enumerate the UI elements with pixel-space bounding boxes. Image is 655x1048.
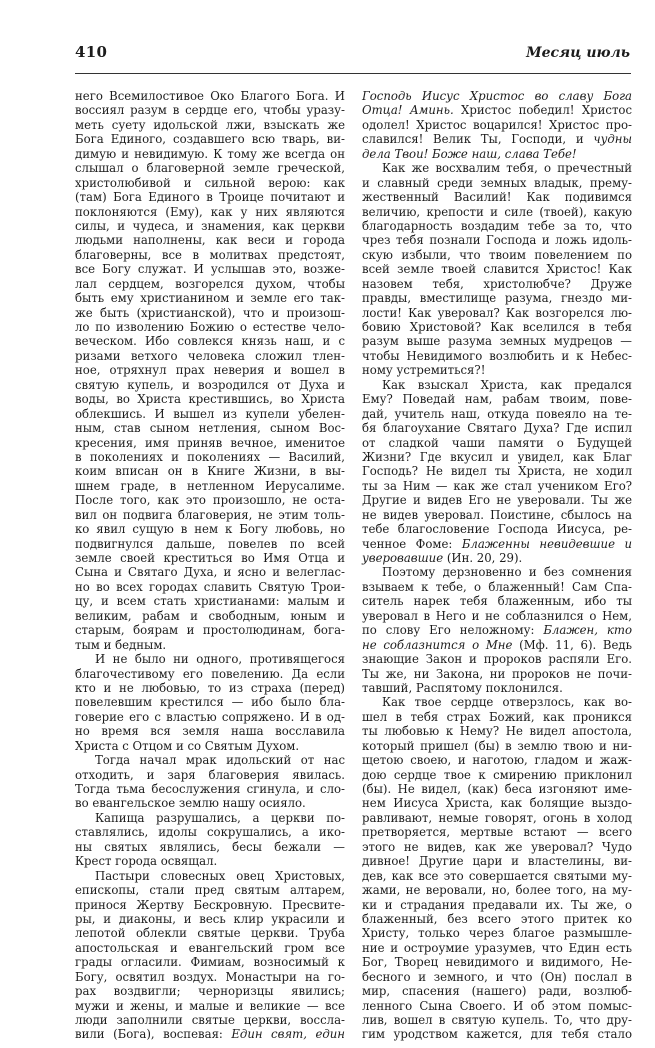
text-line: дела Твои! Боже наш, слава Тебе! bbox=[362, 147, 632, 161]
text-run: благоверны, все в молитвах предстоят, bbox=[75, 248, 345, 262]
text-line: быть ему христианином и земле его так- bbox=[75, 291, 345, 305]
text-line: славился! Велик Ты, Господи, и чудны bbox=[362, 132, 632, 146]
text-line: Как же восхвалим тебя, о пречестный bbox=[362, 161, 632, 175]
text-run: все Богу служат. И услышав это, возже- bbox=[75, 262, 345, 276]
text-line: лив, вошел в святую купель. То, что дру- bbox=[362, 1013, 632, 1027]
italic-quote: Блаженны невидевшие и bbox=[462, 537, 632, 551]
text-run: кто и не любовью, то из страха (перед) bbox=[75, 681, 345, 695]
text-run: великим, рабам и свободным, юным и bbox=[75, 609, 345, 623]
text-line: Поэтому дерзновенно и без сомнения bbox=[362, 565, 632, 579]
page-header: 410 Месяц июль bbox=[0, 0, 655, 90]
text-run: ситель нарек тебя блаженным, ибо ты bbox=[362, 594, 632, 608]
text-line: цу, и всем стать христианами: малым и bbox=[75, 594, 345, 608]
text-run: После того, как это произошло, не оста- bbox=[75, 493, 345, 507]
text-line: благочестивому его повелению. Да если bbox=[75, 667, 345, 681]
text-line: великим, рабам и свободным, юным и bbox=[75, 609, 345, 623]
text-run: говерие его с властью сопряжено. И в од- bbox=[75, 710, 345, 724]
text-line: не соблазнится о Мне (Мф. 11, 6). Ведь bbox=[362, 638, 632, 652]
text-run: принося Жертву Бескровную. Пресвите- bbox=[75, 898, 345, 912]
text-line: ризами ветхого человека сложил тлен- bbox=[75, 349, 345, 363]
text-run: уверовал в Него и не соблазнился о Нем, bbox=[362, 609, 632, 623]
text-run: нем Иисуса Христа, как болящие выздо- bbox=[362, 796, 632, 810]
text-line: Сына и Святаго Духа, и ясно и велеглас- bbox=[75, 565, 345, 579]
text-run: ты любовью к Нему? Не видел апостола, bbox=[362, 724, 632, 738]
text-line: ты любовью к Нему? Не видел апостола, bbox=[362, 724, 632, 738]
text-run: жественный Василий! Как подивимся bbox=[362, 190, 632, 204]
text-line: епископы, стали пред святым алтарем, bbox=[75, 883, 345, 897]
text-line: ны святых являлись, бесы бежали — bbox=[75, 840, 345, 854]
text-line: но время вся земля наша восславила bbox=[75, 724, 345, 738]
text-line: принося Жертву Бескровную. Пресвите- bbox=[75, 898, 345, 912]
text-line: лости! Как уверовал? Как возгорелся лю- bbox=[362, 306, 632, 320]
italic-quote: Отца! Аминь. bbox=[362, 103, 454, 117]
italic-quote: Един свят, един bbox=[231, 1027, 345, 1041]
text-line: говерие его с властью сопряжено. И в од- bbox=[75, 710, 345, 724]
text-line: мужи и жены, и малые и великие — все bbox=[75, 999, 345, 1013]
text-run: Другие и видев Его не уверовали. Ты же bbox=[362, 493, 632, 507]
text-run: жами, не веровали, но, более того, на му… bbox=[362, 883, 632, 897]
text-run: людьми наполнены, как веси и города bbox=[75, 233, 345, 247]
text-run: ние и остроумие уразумев, что Един есть bbox=[362, 941, 632, 955]
text-line: воссиял разум в сердце его, чтобы уразу- bbox=[75, 103, 345, 117]
text-line: Бога Единого, создавшего всю тварь, ви- bbox=[75, 132, 345, 146]
text-line: поклоняются (Ему), как у них являются bbox=[75, 205, 345, 219]
text-run: (там) Бога Единого в Троице почитают и bbox=[75, 190, 345, 204]
text-line: Как взыскал Христа, как предался bbox=[362, 378, 632, 392]
text-line: (бы). Не видел, (как) беса изгоняют име- bbox=[362, 782, 632, 796]
text-run: тебе благословение Господа Иисуса, ре- bbox=[362, 522, 632, 536]
text-run: шел в тебя страх Божий, как проникся bbox=[362, 710, 632, 724]
text-line: шнем граде, в нетленном Иерусалиме. bbox=[75, 479, 345, 493]
text-run: Крест города освящал. bbox=[75, 854, 217, 868]
text-run: ризами ветхого человека сложил тлен- bbox=[75, 349, 345, 363]
text-line: чтобы Невидимого возлюбить и к Небес- bbox=[362, 349, 632, 363]
text-run: этого не видев, как же уверовал? Чудо bbox=[362, 840, 632, 854]
text-run: дивное! Другие цари и властелины, ви- bbox=[362, 854, 632, 868]
text-run: мужи и жены, и малые и великие — все bbox=[75, 999, 345, 1013]
text-run: ки и страдания предавали их. Ты же, о bbox=[362, 898, 632, 912]
text-run: ному устремиться?! bbox=[362, 363, 485, 377]
text-run: Бог, Творец невидимого и видимого, Не- bbox=[362, 955, 632, 969]
text-line: ное, отряхнул прах неверия и вошел в bbox=[75, 363, 345, 377]
text-line: претворяется, мертвые встают — всего bbox=[362, 825, 632, 839]
text-line: ки и страдания предавали их. Ты же, о bbox=[362, 898, 632, 912]
text-run: же быть (христианской), что и произош- bbox=[75, 306, 345, 320]
text-run: подвигнулся дальше, повелев по всей bbox=[75, 537, 345, 551]
text-line: который пришел (бы) в землю твою и ни- bbox=[362, 739, 632, 753]
text-run: слышал о благоверной земле греческой, bbox=[75, 161, 345, 175]
text-line: дев, как все это совершается святыми му- bbox=[362, 869, 632, 883]
text-line: от сладкой чаши памяти о Будущей bbox=[362, 436, 632, 450]
text-run: Поэтому дерзновенно и без сомнения bbox=[382, 565, 632, 579]
text-line: силы, и чудеса, и знамения, как церкви bbox=[75, 219, 345, 233]
text-line: лепотой облекли святые церкви. Труба bbox=[75, 926, 345, 940]
text-run: ное, отряхнул прах неверия и вошел в bbox=[75, 363, 345, 377]
text-line: Христу, только через благое размышле- bbox=[362, 926, 632, 940]
text-run: поклоняются (Ему), как у них являются bbox=[75, 205, 345, 219]
text-run: чтобы Невидимого возлюбить и к Небес- bbox=[362, 349, 632, 363]
text-line: благоверны, все в молитвах предстоят, bbox=[75, 248, 345, 262]
text-run: Как же восхвалим тебя, о пречестный bbox=[382, 161, 632, 175]
text-line: земле своей креститься во Имя Отца и bbox=[75, 551, 345, 565]
text-line: гим уродством кажется, для тебя стало bbox=[362, 1027, 632, 1041]
text-line: но во всех городах славить Святую Трои- bbox=[75, 580, 345, 594]
text-line: ченное Фоме: Блаженны невидевшие и bbox=[362, 537, 632, 551]
text-run: грады огласили. Фимиам, возносимый к bbox=[75, 955, 345, 969]
text-line: веческом. Ибо совлекся князь наш, и с bbox=[75, 334, 345, 348]
text-run: дев, как все это совершается святыми му- bbox=[362, 869, 632, 883]
text-run: шнем граде, в нетленном Иерусалиме. bbox=[75, 479, 345, 493]
text-line: людьми наполнены, как веси и города bbox=[75, 233, 345, 247]
text-run: бовию Христовой? Как вселился в тебя bbox=[362, 320, 632, 334]
text-line: коим вписан он в Книге Жизни, в вы- bbox=[75, 464, 345, 478]
text-run: вил он подвига благоверия, не этим толь- bbox=[75, 508, 345, 522]
text-line: ние и остроумие уразумев, что Един есть bbox=[362, 941, 632, 955]
text-run: цу, и всем стать христианами: малым и bbox=[75, 594, 345, 608]
text-line: бесного и земного, и что (Он) послал в bbox=[362, 970, 632, 984]
running-title: Месяц июль bbox=[526, 45, 630, 61]
text-line: меть суету идольской лжи, взыскать же bbox=[75, 118, 345, 132]
text-line: Пастыри словесных овец Христовых, bbox=[75, 869, 345, 883]
text-run: и славный среди земных владык, прему- bbox=[362, 176, 632, 190]
text-run: меть суету идольской лжи, взыскать же bbox=[75, 118, 345, 132]
text-run: благочестивому его повелению. Да если bbox=[75, 667, 345, 681]
text-run: благодарность воздадим тебе за то, что bbox=[362, 219, 632, 233]
text-run: в поколениях и поколениях — Василий, bbox=[75, 450, 345, 464]
text-run: правды, вместилище разума, гнездо ми- bbox=[362, 291, 632, 305]
text-line: бовию Христовой? Как вселился в тебя bbox=[362, 320, 632, 334]
header-rule bbox=[75, 73, 631, 74]
text-run: во евангельское землю нашу осияло. bbox=[75, 796, 306, 810]
text-run: но время вся земля наша восславила bbox=[75, 724, 345, 738]
text-run: скую избыли, что твоим повелением по bbox=[362, 248, 632, 262]
text-line: Тогда тьма бесослужения сгинула, и сло- bbox=[75, 782, 345, 796]
text-run: блаженный, без всего этого притек ко bbox=[362, 912, 632, 926]
italic-quote: Господь Иисус Христос во славу Бога bbox=[362, 89, 632, 103]
text-run: повелевшим крестился — ибо было бла- bbox=[75, 695, 345, 709]
text-run: от сладкой чаши памяти о Будущей bbox=[362, 436, 632, 450]
text-run: (Ин. 20, 29). bbox=[443, 551, 522, 565]
text-run: Пастыри словесных овец Христовых, bbox=[95, 869, 345, 883]
text-line: христолюбивой и сильной верою: как bbox=[75, 176, 345, 190]
text-line: слышал о благоверной земле греческой, bbox=[75, 161, 345, 175]
text-line: подвигнулся дальше, повелев по всей bbox=[75, 537, 345, 551]
text-line: знающие Закон и пророков распяли Его. bbox=[362, 652, 632, 666]
text-line: Жизни? Где вкусил и увидел, как Благ bbox=[362, 450, 632, 464]
text-line: И не было ни одного, противящегося bbox=[75, 652, 345, 666]
text-run: Богу, освятил воздух. Монастыри на го- bbox=[75, 970, 345, 984]
text-line: воды, во Христа крестившись, во Христа bbox=[75, 392, 345, 406]
text-run: лив, вошел в святую купель. То, что дру- bbox=[362, 1013, 632, 1027]
text-line: него Всемилостивое Око Благого Бога. И bbox=[75, 89, 345, 103]
text-line: ко явил сущую в нем к Богу любовь, но bbox=[75, 522, 345, 536]
text-line: во евангельское землю нашу осияло. bbox=[75, 796, 345, 810]
text-line: кто и не любовью, то из страха (перед) bbox=[75, 681, 345, 695]
text-run: лал сердцем, возгорелся духом, чтобы bbox=[75, 277, 345, 291]
text-line: правды, вместилище разума, гнездо ми- bbox=[362, 291, 632, 305]
text-run: него Всемилостивое Око Благого Бога. И bbox=[75, 89, 345, 103]
text-run: силы, и чудеса, и знамения, как церкви bbox=[75, 219, 345, 233]
text-line: ры, и диаконы, и весь клир украсили и bbox=[75, 912, 345, 926]
text-line: грады огласили. Фимиам, возносимый к bbox=[75, 955, 345, 969]
text-line: в поколениях и поколениях — Василий, bbox=[75, 450, 345, 464]
text-run: Как твое сердце отверзлось, как во- bbox=[382, 695, 632, 709]
text-line: ты за Ним — как же стал учеником Его? bbox=[362, 479, 632, 493]
text-run: тавший, Распятому поклонился. bbox=[362, 681, 563, 695]
text-run: ло по изволению Божию о естестве чело- bbox=[75, 320, 345, 334]
text-line: мир, спасения (нашего) ради, возлюб- bbox=[362, 984, 632, 998]
text-run: лепотой облекли святые церкви. Труба bbox=[75, 926, 345, 940]
text-run: Христос победил! Христос bbox=[454, 103, 632, 117]
text-line: Тогда начал мрак идольский от нас bbox=[75, 753, 345, 767]
text-run: равливают, немые говорят, огонь в холод bbox=[362, 811, 632, 825]
text-line: ленного Сына Своего. И об этом помыс- bbox=[362, 999, 632, 1013]
text-line: по слову Его неложному: Блажен, кто bbox=[362, 623, 632, 637]
italic-quote: Блажен, кто bbox=[543, 623, 632, 637]
text-line: Ты же, ни Закона, ни пророков не почи- bbox=[362, 667, 632, 681]
text-run: (бы). Не видел, (как) беса изгоняют име- bbox=[362, 782, 632, 796]
text-line: ситель нарек тебя блаженным, ибо ты bbox=[362, 594, 632, 608]
text-line: Капища разрушались, а церкви по- bbox=[75, 811, 345, 825]
text-run: Жизни? Где вкусил и увидел, как Благ bbox=[362, 450, 632, 464]
text-run: Тогда начал мрак идольский от нас bbox=[95, 753, 345, 767]
text-line: дою сердце твое к смирению приклонил bbox=[362, 768, 632, 782]
text-line: старым, боярам и простолюдинам, бога- bbox=[75, 623, 345, 637]
text-run: одолел! Христос воцарился! Христос про- bbox=[362, 118, 632, 132]
text-line: тым и бедным. bbox=[75, 638, 345, 652]
text-run: веческом. Ибо совлекся князь наш, и с bbox=[75, 334, 345, 348]
text-line: все Богу служат. И услышав это, возже- bbox=[75, 262, 345, 276]
text-line: благодарность воздадим тебе за то, что bbox=[362, 219, 632, 233]
text-line: лал сердцем, возгорелся духом, чтобы bbox=[75, 277, 345, 291]
text-run: Тогда тьма бесослужения сгинула, и сло- bbox=[75, 782, 345, 796]
text-run: дою сердце твое к смирению приклонил bbox=[362, 768, 632, 782]
text-run: воды, во Христа крестившись, во Христа bbox=[75, 392, 345, 406]
text-line: тебе благословение Господа Иисуса, ре- bbox=[362, 522, 632, 536]
text-run: старым, боярам и простолюдинам, бога- bbox=[75, 623, 345, 637]
text-run: кресения, имя приняв вечное, именитое bbox=[75, 436, 345, 450]
text-run: Господь? Не видел ты Христа, не ходил bbox=[362, 464, 632, 478]
text-line: Другие и видев Его не уверовали. Ты же bbox=[362, 493, 632, 507]
text-line: чрез тебя познали Господа и ложь идоль- bbox=[362, 233, 632, 247]
text-run: чрез тебя познали Господа и ложь идоль- bbox=[362, 233, 632, 247]
text-run: димую и невидимую. К тому же всегда он bbox=[75, 147, 345, 161]
text-line: одолел! Христос воцарился! Христос про- bbox=[362, 118, 632, 132]
text-run: но во всех городах славить Святую Трои- bbox=[75, 580, 345, 594]
text-line: ным, став сыном нетления, сыном Вос- bbox=[75, 421, 345, 435]
text-run: коим вписан он в Книге Жизни, в вы- bbox=[75, 464, 345, 478]
text-line: щетою своею, и наготою, гладом и жаж- bbox=[362, 753, 632, 767]
text-run: ры, и диаконы, и весь клир украсили и bbox=[75, 912, 345, 926]
text-run: по слову Его неложному: bbox=[362, 623, 543, 637]
text-run: рах воздвигли; черноризцы явились; bbox=[75, 984, 345, 998]
text-run: отходить, и заря благоверия явилась. bbox=[75, 768, 345, 782]
text-run: ным, став сыном нетления, сыном Вос- bbox=[75, 421, 345, 435]
text-line: повелевшим крестился — ибо было бла- bbox=[75, 695, 345, 709]
text-line: После того, как это произошло, не оста- bbox=[75, 493, 345, 507]
text-line: нем Иисуса Христа, как болящие выздо- bbox=[362, 796, 632, 810]
text-line: Богу, освятил воздух. Монастыри на го- bbox=[75, 970, 345, 984]
text-run: знающие Закон и пророков распяли Его. bbox=[362, 652, 632, 666]
text-line: рах воздвигли; черноризцы явились; bbox=[75, 984, 345, 998]
text-run: И не было ни одного, противящегося bbox=[95, 652, 345, 666]
text-line: вил он подвига благоверия, не этим толь- bbox=[75, 508, 345, 522]
text-line: Бог, Творец невидимого и видимого, Не- bbox=[362, 955, 632, 969]
text-line: величию, крепости и силе (твоей), какую bbox=[362, 205, 632, 219]
text-run: разум выше разума земных мудрецов — bbox=[362, 334, 632, 348]
text-run: ченное Фоме: bbox=[362, 537, 462, 551]
text-run: ны святых являлись, бесы бежали — bbox=[75, 840, 345, 854]
text-line: вили (Бога), воспевая: Един свят, един bbox=[75, 1027, 345, 1041]
text-run: вили (Бога), воспевая: bbox=[75, 1027, 231, 1041]
text-line: тавший, Распятому поклонился. bbox=[362, 681, 632, 695]
text-run: Ему? Поведай нам, рабам твоим, пове- bbox=[362, 392, 632, 406]
text-run: люди заполнили святые церкви, восcла- bbox=[75, 1013, 345, 1027]
text-run: Как взыскал Христа, как предался bbox=[382, 378, 632, 392]
text-line: этого не видев, как же уверовал? Чудо bbox=[362, 840, 632, 854]
text-run: Бога Единого, создавшего всю тварь, ви- bbox=[75, 132, 345, 146]
text-line: же быть (христианской), что и произош- bbox=[75, 306, 345, 320]
text-run: который пришел (бы) в землю твою и ни- bbox=[362, 739, 632, 753]
text-line: Крест города освящал. bbox=[75, 854, 345, 868]
text-run: быть ему христианином и земле его так- bbox=[75, 291, 345, 305]
italic-quote: чудны bbox=[593, 132, 632, 146]
text-line: скую избыли, что твоим повелением по bbox=[362, 248, 632, 262]
text-line: блаженный, без всего этого притек ко bbox=[362, 912, 632, 926]
italic-quote: дела Твои! Боже наш, слава Тебе! bbox=[362, 147, 577, 161]
text-line: всей земле твоей славится Христос! Как bbox=[362, 262, 632, 276]
text-run: Христа с Отцом и со Святым Духом. bbox=[75, 739, 299, 753]
text-line: бя благоухание Святаго Духа? Где испил bbox=[362, 421, 632, 435]
text-run: Ты же, ни Закона, ни пророков не почи- bbox=[362, 667, 632, 681]
text-line: дивное! Другие цари и властелины, ви- bbox=[362, 854, 632, 868]
text-line: Христа с Отцом и со Святым Духом. bbox=[75, 739, 345, 753]
text-line: Отца! Аминь. Христос победил! Христос bbox=[362, 103, 632, 117]
text-run: взываем к тебе, о блаженный! Сам Спа- bbox=[362, 580, 632, 594]
text-line: Ему? Поведай нам, рабам твоим, пове- bbox=[362, 392, 632, 406]
text-line: и славный среди земных владык, прему- bbox=[362, 176, 632, 190]
text-run: облекшись. И вышел из купели убелен- bbox=[75, 407, 345, 421]
text-run: всей земле твоей славится Христос! Как bbox=[362, 262, 632, 276]
text-line: кресения, имя приняв вечное, именитое bbox=[75, 436, 345, 450]
text-line: жами, не веровали, но, более того, на му… bbox=[362, 883, 632, 897]
text-run: апостольская и евангельский гром все bbox=[75, 941, 345, 955]
text-line: (там) Бога Единого в Троице почитают и bbox=[75, 190, 345, 204]
text-line: уверовал в Него и не соблазнился о Нем, bbox=[362, 609, 632, 623]
text-run: лости! Как уверовал? Как возгорелся лю- bbox=[362, 306, 632, 320]
text-line: уверовавшие (Ин. 20, 29). bbox=[362, 551, 632, 565]
text-run: Сына и Святаго Духа, и ясно и велеглас- bbox=[75, 565, 345, 579]
text-run: Христу, только через благое размышле- bbox=[362, 926, 632, 940]
text-run: епископы, стали пред святым алтарем, bbox=[75, 883, 345, 897]
text-run: (Мф. 11, 6). Ведь bbox=[512, 638, 632, 652]
text-run: величию, крепости и силе (твоей), какую bbox=[362, 205, 632, 219]
text-line: разум выше разума земных мудрецов — bbox=[362, 334, 632, 348]
text-run: тым и бедным. bbox=[75, 638, 166, 652]
text-run: воссиял разум в сердце его, чтобы уразу- bbox=[75, 103, 345, 117]
right-text-column: Господь Иисус Христос во славу БогаОтца!… bbox=[362, 89, 632, 1042]
text-run: претворяется, мертвые встают — всего bbox=[362, 825, 632, 839]
text-line: Господь? Не видел ты Христа, не ходил bbox=[362, 464, 632, 478]
text-run: христолюбивой и сильной верою: как bbox=[75, 176, 345, 190]
text-line: святую купель, и возродился от Духа и bbox=[75, 378, 345, 392]
text-run: бя благоухание Святаго Духа? Где испил bbox=[362, 421, 632, 435]
left-text-column: него Всемилостивое Око Благого Бога. Иво… bbox=[75, 89, 345, 1042]
text-line: димую и невидимую. К тому же всегда он bbox=[75, 147, 345, 161]
text-line: Как твое сердце отверзлось, как во- bbox=[362, 695, 632, 709]
text-line: жественный Василий! Как подивимся bbox=[362, 190, 632, 204]
text-run: не видев уверовал. Поистине, сбылось на bbox=[362, 508, 632, 522]
text-run: назовем тебя, христолюбче? Друже bbox=[362, 277, 632, 291]
text-run: ко явил сущую в нем к Богу любовь, но bbox=[75, 522, 345, 536]
italic-quote: уверовавшие bbox=[362, 551, 443, 565]
text-line: взываем к тебе, о блаженный! Сам Спа- bbox=[362, 580, 632, 594]
text-line: люди заполнили святые церкви, восcла- bbox=[75, 1013, 345, 1027]
text-line: ному устремиться?! bbox=[362, 363, 632, 377]
italic-quote: не соблазнится о Мне bbox=[362, 638, 512, 652]
text-run: ты за Ним — как же стал учеником Его? bbox=[362, 479, 632, 493]
text-run: ленного Сына Своего. И об этом помыс- bbox=[362, 999, 632, 1013]
text-line: дай, учитель наш, откуда повеяло на те- bbox=[362, 407, 632, 421]
text-line: Господь Иисус Христос во славу Бога bbox=[362, 89, 632, 103]
text-line: не видев уверовал. Поистине, сбылось на bbox=[362, 508, 632, 522]
text-run: щетою своею, и наготою, гладом и жаж- bbox=[362, 753, 632, 767]
text-run: гим уродством кажется, для тебя стало bbox=[362, 1027, 632, 1041]
text-line: назовем тебя, христолюбче? Друже bbox=[362, 277, 632, 291]
text-run: земле своей креститься во Имя Отца и bbox=[75, 551, 345, 565]
text-run: святую купель, и возродился от Духа и bbox=[75, 378, 345, 392]
text-run: Капища разрушались, а церкви по- bbox=[95, 811, 345, 825]
text-line: ставлялись, идолы сокрушались, а ико- bbox=[75, 825, 345, 839]
text-line: облекшись. И вышел из купели убелен- bbox=[75, 407, 345, 421]
text-run: мир, спасения (нашего) ради, возлюб- bbox=[362, 984, 632, 998]
text-line: шел в тебя страх Божий, как проникся bbox=[362, 710, 632, 724]
text-line: равливают, немые говорят, огонь в холод bbox=[362, 811, 632, 825]
text-line: апостольская и евангельский гром все bbox=[75, 941, 345, 955]
text-run: славился! Велик Ты, Господи, и bbox=[362, 132, 593, 146]
page-number: 410 bbox=[75, 43, 107, 61]
text-run: дай, учитель наш, откуда повеяло на те- bbox=[362, 407, 632, 421]
text-line: ло по изволению Божию о естестве чело- bbox=[75, 320, 345, 334]
text-line: отходить, и заря благоверия явилась. bbox=[75, 768, 345, 782]
text-run: ставлялись, идолы сокрушались, а ико- bbox=[75, 825, 345, 839]
text-run: бесного и земного, и что (Он) послал в bbox=[362, 970, 632, 984]
